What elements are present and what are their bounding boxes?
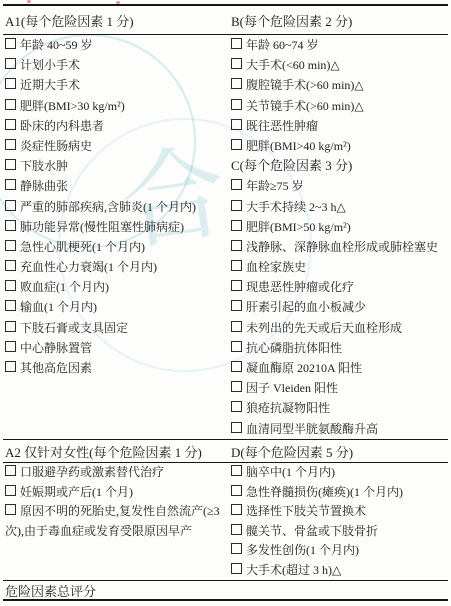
risk-item: 下肢水肿 [5,156,231,176]
checkbox-icon[interactable] [231,220,242,231]
checkbox-icon[interactable] [5,179,16,190]
checkbox-icon[interactable] [5,220,16,231]
checkbox-icon[interactable] [5,240,16,251]
risk-item: 狼疮抗凝物阳性 [231,398,448,418]
risk-item: 年龄≥75 岁 [231,176,448,196]
risk-item-label: 中心静脉置管 [20,341,92,355]
risk-item: 输血(1 个月内) [5,297,231,317]
risk-item: 血清同型半胱氨酸酶升高 [231,419,448,439]
risk-item-label: 口服避孕药或激素替代治疗 [20,465,164,479]
checkbox-icon[interactable] [5,504,16,515]
checkbox-icon[interactable] [231,58,242,69]
risk-item-label: 严重的肺部疾病,含肺炎(1 个月内) [20,200,196,214]
checkbox-icon[interactable] [231,78,242,89]
checkbox-icon[interactable] [231,321,242,332]
risk-item: 肥胖(BMI>30 kg/m²) [5,96,231,116]
risk-item-label: 选择性下肢关节置换术 [246,504,366,518]
risk-item: 严重的肺部疾病,含肺炎(1 个月内) [5,197,231,217]
risk-item: 髋关节、骨盆或下肢骨折 [231,522,448,542]
risk-item: 妊娠期或产后(1 个月) [5,483,231,503]
risk-item-label: 静脉曲张 [20,179,68,193]
total-score-label: 危险因素总评分 [5,584,96,599]
total-score-row: 危险因素总评分 [3,580,448,601]
checkbox-icon[interactable] [5,119,16,130]
risk-item-label: 血清同型半胱氨酸酶升高 [246,422,378,436]
risk-item-label: 现患恶性肿瘤或化疗 [246,280,354,294]
risk-item-label: 因子 Vleiden 阳性 [246,381,338,395]
header-a2: A2 仅针对女性(每个危险因素 1 分) [3,442,231,461]
risk-item-label: 原因不明的死胎史,复发性自然流产(≥3 次),由于毒血症或发育受限原因早产 [5,504,220,538]
checkbox-icon[interactable] [5,341,16,352]
checkbox-icon[interactable] [231,179,242,190]
risk-item: 抗心磷脂抗体阳性 [231,338,448,358]
risk-factor-table: A1(每个危险因素 1 分) B(每个危险因素 2 分) 年龄 40~59 岁计… [3,4,448,601]
risk-item-label: 凝血酶原 20210A 阳性 [246,361,362,375]
risk-item-label: 狼疮抗凝物阳性 [246,401,330,415]
risk-item-label: 肥胖(BMI>30 kg/m²) [20,99,125,113]
checkbox-icon[interactable] [231,99,242,110]
risk-item-label: 脑卒中(1 个月内) [246,465,335,479]
risk-item: 肥胖(BMI>50 kg/m²) [231,217,448,237]
risk-item-label: 下肢水肿 [20,159,68,173]
risk-item: 急性心肌梗死(1 个月内) [5,237,231,257]
checkbox-icon[interactable] [5,58,16,69]
risk-item: 凝血酶原 20210A 阳性 [231,358,448,378]
risk-item-label: 下肢石膏或支具固定 [20,321,128,335]
checkbox-icon[interactable] [231,240,242,251]
header-a1: A1(每个危险因素 1 分) [3,11,231,30]
risk-item-label: 关节镜手术(>60 min)△ [246,99,364,113]
risk-item: 肺功能异常(慢性阻塞性肺病症) [5,217,231,237]
risk-item: 浅静脉、深静脉血栓形成或肺栓塞史 [231,237,448,257]
column-d-items: 脑卒中(1 个月内)急性脊髓损伤(瘫痪)(1 个月内)选择性下肢关节置换术髋关节… [231,463,448,580]
risk-item: 原因不明的死胎史,复发性自然流产(≥3 次),由于毒血症或发育受限原因早产 [5,502,231,541]
checkbox-icon[interactable] [231,465,242,476]
checkbox-icon[interactable] [231,139,242,150]
checkbox-icon[interactable] [231,381,242,392]
risk-item-label: 大手术(超过 3 h)△ [246,563,341,577]
checkbox-icon[interactable] [231,260,242,271]
risk-item: 因子 Vleiden 阳性 [231,378,448,398]
checkbox-icon[interactable] [5,159,16,170]
risk-item: 年龄 40~59 岁 [5,35,231,55]
subsection-header: C(每个危险因素 3 分) [231,156,448,176]
checkbox-icon[interactable] [231,524,242,535]
header-b: B(每个危险因素 2 分) [231,11,448,30]
checkbox-icon[interactable] [231,200,242,211]
risk-item: 卧床的内科患者 [5,116,231,136]
risk-item-label: 急性心肌梗死(1 个月内) [20,240,145,254]
risk-item: 计划小手术 [5,55,231,75]
checkbox-icon[interactable] [231,563,242,574]
risk-item-label: 充血性心力衰竭(1 个月内) [20,260,157,274]
risk-item: 大手术(超过 3 h)△ [231,561,448,581]
checkbox-icon[interactable] [231,119,242,130]
checkbox-icon[interactable] [5,38,16,49]
risk-item-label: 败血症(1 个月内) [20,280,109,294]
checkbox-icon[interactable] [231,341,242,352]
checkbox-icon[interactable] [5,465,16,476]
risk-item-label: 血栓家族史 [246,260,306,274]
checkbox-icon[interactable] [231,422,242,433]
checkbox-icon[interactable] [231,401,242,412]
risk-item: 选择性下肢关节置换术 [231,502,448,522]
risk-item: 静脉曲张 [5,176,231,196]
risk-item-label: 既往恶性肿瘤 [246,119,318,133]
checkbox-icon[interactable] [5,321,16,332]
risk-item: 血栓家族史 [231,257,448,277]
risk-item: 其他高危因素 [5,358,231,378]
risk-item-label: 腹腔镜手术(>60 min)△ [246,78,364,92]
checkbox-icon[interactable] [5,260,16,271]
checkbox-icon[interactable] [5,139,16,150]
risk-item-label: 年龄 40~59 岁 [20,38,93,52]
risk-item-label: 妊娠期或产后(1 个月) [20,485,133,499]
risk-item-label: 抗心磷脂抗体阳性 [246,341,342,355]
risk-item: 充血性心力衰竭(1 个月内) [5,257,231,277]
column-a2-items: 口服避孕药或激素替代治疗妊娠期或产后(1 个月)原因不明的死胎史,复发性自然流产… [3,463,231,580]
risk-item-label: 计划小手术 [20,58,80,72]
checkbox-icon[interactable] [5,78,16,89]
checkbox-icon[interactable] [5,280,16,291]
checkbox-icon[interactable] [231,361,242,372]
risk-item: 败血症(1 个月内) [5,277,231,297]
checkbox-icon[interactable] [231,300,242,311]
risk-item: 肥胖(BMI>40 kg/m²) [231,136,448,156]
risk-item-label: 多发性创伤(1 个月内) [246,543,359,557]
risk-item-label: 肺功能异常(慢性阻塞性肺病症) [20,220,184,234]
risk-item: 近期大手术 [5,75,231,95]
risk-item-label: 未列出的先天或后天血栓形成 [246,321,402,335]
risk-item: 年龄 60~74 岁 [231,35,448,55]
risk-item: 现患恶性肿瘤或化疗 [231,277,448,297]
risk-item-label: 其他高危因素 [20,361,92,375]
section-header-row-1: A1(每个危险因素 1 分) B(每个危险因素 2 分) [3,4,448,35]
checkbox-icon[interactable] [231,543,242,554]
checkbox-icon[interactable] [231,38,242,49]
risk-item: 炎症性肠病史 [5,136,231,156]
checkbox-icon[interactable] [231,504,242,515]
checkbox-icon[interactable] [5,361,16,372]
risk-item: 肝素引起的血小板减少 [231,297,448,317]
risk-item: 脑卒中(1 个月内) [231,463,448,483]
risk-item: 未列出的先天或后天血栓形成 [231,318,448,338]
checkbox-icon[interactable] [231,280,242,291]
checkbox-icon[interactable] [5,300,16,311]
risk-item: 口服避孕药或激素替代治疗 [5,463,231,483]
risk-item: 关节镜手术(>60 min)△ [231,96,448,116]
risk-item-label: 年龄 60~74 岁 [246,38,319,52]
risk-item-label: 浅静脉、深静脉血栓形成或肺栓塞史 [246,240,438,254]
checkbox-icon[interactable] [231,485,242,496]
risk-item-label: 肥胖(BMI>40 kg/m²) [246,139,351,153]
body-section-2: 口服避孕药或激素替代治疗妊娠期或产后(1 个月)原因不明的死胎史,复发性自然流产… [3,463,448,580]
risk-item: 既往恶性肿瘤 [231,116,448,136]
risk-item-label: 肥胖(BMI>50 kg/m²) [246,220,351,234]
risk-item: 多发性创伤(1 个月内) [231,541,448,561]
section-header-row-2: A2 仅针对女性(每个危险因素 1 分) D(每个危险因素 5 分) [3,439,448,463]
risk-item: 腹腔镜手术(>60 min)△ [231,75,448,95]
risk-item-label: 大手术持续 2~3 h△ [246,200,346,214]
risk-item: 大手术(<60 min)△ [231,55,448,75]
column-b-c-items: 年龄 60~74 岁大手术(<60 min)△腹腔镜手术(>60 min)△关节… [231,35,448,439]
risk-item: 大手术持续 2~3 h△ [231,197,448,217]
header-d: D(每个危险因素 5 分) [231,442,448,461]
subsection-header-label: C(每个危险因素 3 分) [231,158,352,173]
body-section-1: 年龄 40~59 岁计划小手术近期大手术肥胖(BMI>30 kg/m²)卧床的内… [3,35,448,439]
risk-item-label: 输血(1 个月内) [20,300,97,314]
risk-item-label: 急性脊髓损伤(瘫痪)(1 个月内) [246,485,403,499]
risk-item-label: 大手术(<60 min)△ [246,58,340,72]
scanned-risk-assessment-table: 合 AL A1(每个危险因素 1 分) B(每个危险因素 2 分) 年龄 40~… [0,0,451,606]
column-a1-items: 年龄 40~59 岁计划小手术近期大手术肥胖(BMI>30 kg/m²)卧床的内… [3,35,231,439]
risk-item-label: 卧床的内科患者 [20,119,104,133]
risk-item: 急性脊髓损伤(瘫痪)(1 个月内) [231,483,448,503]
checkbox-icon[interactable] [5,485,16,496]
risk-item-label: 近期大手术 [20,78,80,92]
risk-item: 中心静脉置管 [5,338,231,358]
scan-speck [27,0,31,3]
risk-item-label: 髋关节、骨盆或下肢骨折 [246,524,378,538]
risk-item-label: 肝素引起的血小板减少 [246,300,366,314]
risk-item-label: 炎症性肠病史 [20,139,92,153]
risk-item-label: 年龄≥75 岁 [246,179,304,193]
checkbox-icon[interactable] [5,99,16,110]
checkbox-icon[interactable] [5,200,16,211]
risk-item: 下肢石膏或支具固定 [5,318,231,338]
